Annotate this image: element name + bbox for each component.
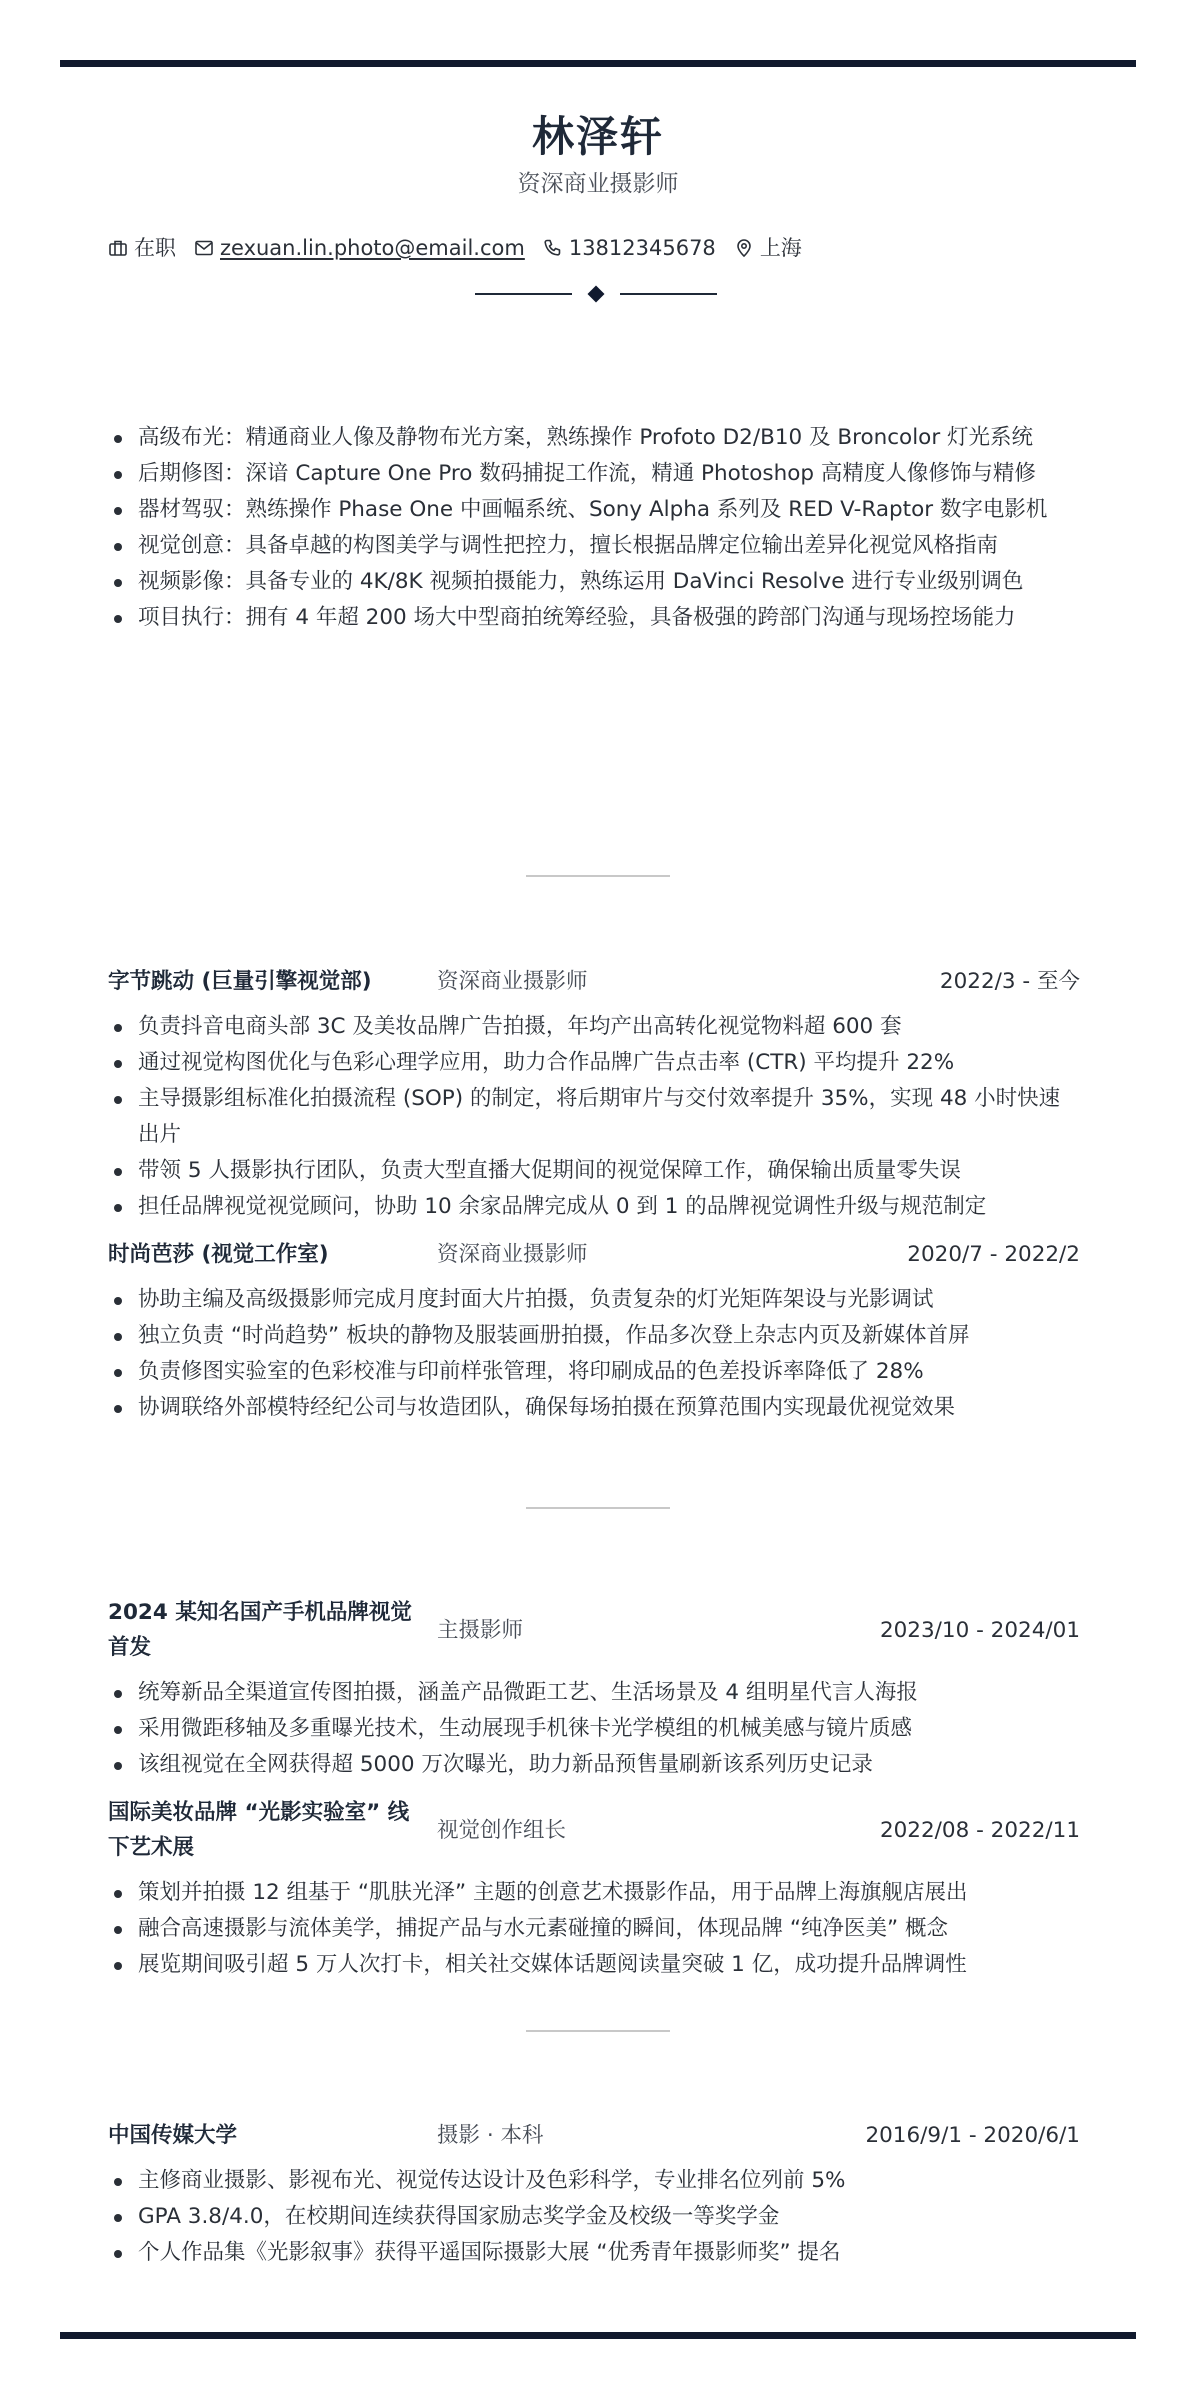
contact-row: 在职 zexuan.lin.photo@email.com 1381234567… bbox=[108, 232, 820, 264]
skill-item: 视频影像：具备专业的 4K/8K 视频拍摄能力，熟练运用 DaVinci Res… bbox=[108, 564, 1080, 600]
project-name: 2024 某知名国产手机品牌视觉首发 bbox=[108, 1595, 437, 1665]
education-entry: 中国传媒大学 摄影 · 本科 2016/9/1 - 2020/6/1 主修商业摄… bbox=[108, 2118, 1080, 2271]
achievement-list: 策划并拍摄 12 组基于 “肌肤光泽” 主题的创意艺术摄影作品，用于品牌上海旗舰… bbox=[108, 1875, 1080, 1983]
divider-line-right bbox=[620, 293, 717, 295]
school-name: 中国传媒大学 bbox=[108, 2118, 437, 2153]
achievement-list: 主修商业摄影、影视布光、视觉传达设计及色彩科学，专业排名位列前 5% GPA 3… bbox=[108, 2163, 1080, 2271]
skills-section: 高级布光：精通商业人像及静物布光方案，熟练操作 Profoto D2/B10 及… bbox=[108, 420, 1080, 636]
bottom-accent-bar bbox=[60, 2332, 1136, 2339]
date-range: 2022/08 - 2022/11 bbox=[880, 1813, 1080, 1848]
achievement-list: 统筹新品全渠道宣传图拍摄，涵盖产品微距工艺、生活场景及 4 组明星代言人海报 采… bbox=[108, 1675, 1080, 1783]
mail-icon bbox=[194, 238, 214, 258]
resume-header: 林泽轩 资深商业摄影师 bbox=[60, 110, 1136, 200]
entry-header: 字节跳动 (巨量引擎视觉部) 资深商业摄影师 2022/3 - 至今 bbox=[108, 964, 1080, 999]
section-separator bbox=[526, 2030, 670, 2032]
achievement-item: 展览期间吸引超 5 万人次打卡，相关社交媒体话题阅读量突破 1 亿，成功提升品牌… bbox=[108, 1947, 1080, 1983]
skill-item: 高级布光：精通商业人像及静物布光方案，熟练操作 Profoto D2/B10 及… bbox=[108, 420, 1080, 456]
skill-item: 项目执行：拥有 4 年超 200 场大中型商拍统筹经验，具备极强的跨部门沟通与现… bbox=[108, 600, 1080, 636]
resume-page: 林泽轩 资深商业摄影师 在职 zexuan.lin.photo@email.co… bbox=[60, 60, 1136, 2340]
contact-phone-text: 13812345678 bbox=[569, 232, 716, 264]
work-entry: 字节跳动 (巨量引擎视觉部) 资深商业摄影师 2022/3 - 至今 负责抖音电… bbox=[108, 964, 1080, 1225]
project-entry: 国际美妆品牌 “光影实验室” 线下艺术展 视觉创作组长 2022/08 - 20… bbox=[108, 1795, 1080, 1983]
company-name: 时尚芭莎 (视觉工作室) bbox=[108, 1237, 437, 1272]
skill-item: 视觉创意：具备卓越的构图美学与调性把控力，擅长根据品牌定位输出差异化视觉风格指南 bbox=[108, 528, 1080, 564]
achievement-item: 负责抖音电商头部 3C 及美妆品牌广告拍摄，年均产出高转化视觉物料超 600 套 bbox=[108, 1009, 1080, 1045]
achievement-item: 主导摄影组标准化拍摄流程 (SOP) 的制定，将后期审片与交付效率提升 35%，… bbox=[108, 1081, 1080, 1153]
skill-item: 器材驾驭：熟练操作 Phase One 中画幅系统、Sony Alpha 系列及… bbox=[108, 492, 1080, 528]
contact-status: 在职 bbox=[108, 232, 176, 264]
date-range: 2023/10 - 2024/01 bbox=[880, 1613, 1080, 1648]
achievement-item: 主修商业摄影、影视布光、视觉传达设计及色彩科学，专业排名位列前 5% bbox=[108, 2163, 1080, 2199]
education-section: 中国传媒大学 摄影 · 本科 2016/9/1 - 2020/6/1 主修商业摄… bbox=[108, 2118, 1080, 2271]
divider-line-left bbox=[475, 293, 572, 295]
candidate-name: 林泽轩 bbox=[60, 110, 1136, 164]
company-name: 字节跳动 (巨量引擎视觉部) bbox=[108, 964, 437, 999]
email-link[interactable]: zexuan.lin.photo@email.com bbox=[220, 232, 525, 264]
degree: 摄影 · 本科 bbox=[437, 2118, 865, 2153]
map-pin-icon bbox=[734, 238, 754, 258]
job-role: 资深商业摄影师 bbox=[437, 964, 940, 999]
achievement-item: 通过视觉构图优化与色彩心理学应用，助力合作品牌广告点击率 (CTR) 平均提升 … bbox=[108, 1045, 1080, 1081]
date-range: 2016/9/1 - 2020/6/1 bbox=[865, 2118, 1080, 2153]
entry-header: 时尚芭莎 (视觉工作室) 资深商业摄影师 2020/7 - 2022/2 bbox=[108, 1237, 1080, 1272]
project-role: 主摄影师 bbox=[437, 1613, 880, 1648]
section-separator bbox=[526, 875, 670, 877]
projects-section: 2024 某知名国产手机品牌视觉首发 主摄影师 2023/10 - 2024/0… bbox=[108, 1595, 1080, 1983]
achievement-item: 统筹新品全渠道宣传图拍摄，涵盖产品微距工艺、生活场景及 4 组明星代言人海报 bbox=[108, 1675, 1080, 1711]
achievement-item: 融合高速摄影与流体美学，捕捉产品与水元素碰撞的瞬间，体现品牌 “纯净医美” 概念 bbox=[108, 1911, 1080, 1947]
achievement-item: 该组视觉在全网获得超 5000 万次曝光，助力新品预售量刷新该系列历史记录 bbox=[108, 1747, 1080, 1783]
date-range: 2020/7 - 2022/2 bbox=[907, 1237, 1080, 1272]
top-accent-bar bbox=[60, 60, 1136, 67]
achievement-list: 负责抖音电商头部 3C 及美妆品牌广告拍摄，年均产出高转化视觉物料超 600 套… bbox=[108, 1009, 1080, 1225]
candidate-title: 资深商业摄影师 bbox=[60, 168, 1136, 200]
contact-location-text: 上海 bbox=[760, 232, 802, 264]
contact-phone: 13812345678 bbox=[543, 232, 716, 264]
achievement-item: 个人作品集《光影叙事》获得平遥国际摄影大展 “优秀青年摄影师奖” 提名 bbox=[108, 2235, 1080, 2271]
achievement-item: 采用微距移轴及多重曝光技术，生动展现手机徕卡光学模组的机械美感与镜片质感 bbox=[108, 1711, 1080, 1747]
achievement-list: 协助主编及高级摄影师完成月度封面大片拍摄，负责复杂的灯光矩阵架设与光影调试 独立… bbox=[108, 1282, 1080, 1426]
briefcase-icon bbox=[108, 238, 128, 258]
phone-icon bbox=[543, 238, 563, 258]
date-range: 2022/3 - 至今 bbox=[940, 964, 1080, 999]
achievement-item: GPA 3.8/4.0，在校期间连续获得国家励志奖学金及校级一等奖学金 bbox=[108, 2199, 1080, 2235]
entry-header: 国际美妆品牌 “光影实验室” 线下艺术展 视觉创作组长 2022/08 - 20… bbox=[108, 1795, 1080, 1865]
achievement-item: 独立负责 “时尚趋势” 板块的静物及服装画册拍摄，作品多次登上杂志内页及新媒体首… bbox=[108, 1318, 1080, 1354]
section-separator bbox=[526, 1507, 670, 1509]
diamond-icon bbox=[588, 286, 605, 303]
contact-status-text: 在职 bbox=[134, 232, 176, 264]
achievement-item: 策划并拍摄 12 组基于 “肌肤光泽” 主题的创意艺术摄影作品，用于品牌上海旗舰… bbox=[108, 1875, 1080, 1911]
skill-item: 后期修图：深谙 Capture One Pro 数码捕捉工作流，精通 Photo… bbox=[108, 456, 1080, 492]
contact-email[interactable]: zexuan.lin.photo@email.com bbox=[194, 232, 525, 264]
project-name: 国际美妆品牌 “光影实验室” 线下艺术展 bbox=[108, 1795, 437, 1865]
achievement-item: 协助主编及高级摄影师完成月度封面大片拍摄，负责复杂的灯光矩阵架设与光影调试 bbox=[108, 1282, 1080, 1318]
header-divider bbox=[60, 286, 1136, 302]
achievement-item: 协调联络外部模特经纪公司与妆造团队，确保每场拍摄在预算范围内实现最优视觉效果 bbox=[108, 1390, 1080, 1426]
achievement-item: 带领 5 人摄影执行团队，负责大型直播大促期间的视觉保障工作，确保输出质量零失误 bbox=[108, 1153, 1080, 1189]
project-entry: 2024 某知名国产手机品牌视觉首发 主摄影师 2023/10 - 2024/0… bbox=[108, 1595, 1080, 1783]
skills-list: 高级布光：精通商业人像及静物布光方案，熟练操作 Profoto D2/B10 及… bbox=[108, 420, 1080, 636]
entry-header: 中国传媒大学 摄影 · 本科 2016/9/1 - 2020/6/1 bbox=[108, 2118, 1080, 2153]
job-role: 资深商业摄影师 bbox=[437, 1237, 907, 1272]
contact-location: 上海 bbox=[734, 232, 802, 264]
work-entry: 时尚芭莎 (视觉工作室) 资深商业摄影师 2020/7 - 2022/2 协助主… bbox=[108, 1237, 1080, 1426]
project-role: 视觉创作组长 bbox=[437, 1813, 880, 1848]
entry-header: 2024 某知名国产手机品牌视觉首发 主摄影师 2023/10 - 2024/0… bbox=[108, 1595, 1080, 1665]
achievement-item: 担任品牌视觉视觉顾问，协助 10 余家品牌完成从 0 到 1 的品牌视觉调性升级… bbox=[108, 1189, 1080, 1225]
achievement-item: 负责修图实验室的色彩校准与印前样张管理，将印刷成品的色差投诉率降低了 28% bbox=[108, 1354, 1080, 1390]
work-section: 字节跳动 (巨量引擎视觉部) 资深商业摄影师 2022/3 - 至今 负责抖音电… bbox=[108, 964, 1080, 1426]
